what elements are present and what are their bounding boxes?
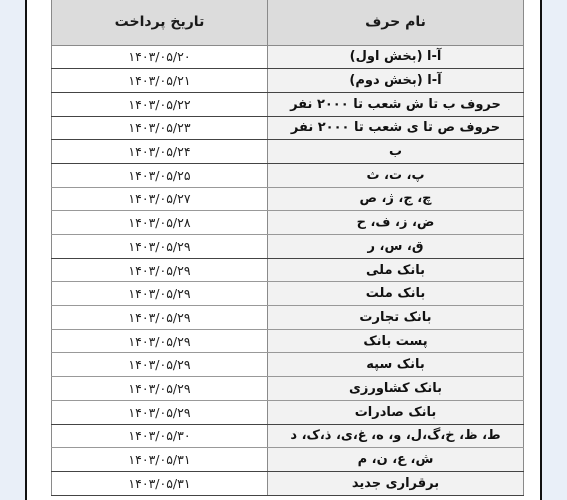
table-row: ب ۱۴۰۳/۰۵/۲۴ — [52, 140, 524, 164]
table-row: چ، ج، ژ، ص ۱۴۰۳/۰۵/۲۷ — [52, 187, 524, 211]
table-row: ط، ظ، خ،گ،ل، و، ه، غ،ی، ذ،ک، د ۱۴۰۳/۰۵/۳… — [52, 424, 524, 448]
row-letter-name: بانک سپه — [268, 353, 524, 377]
table-row: پ، ت، ث ۱۴۰۳/۰۵/۲۵ — [52, 163, 524, 187]
table-row: بانک ملی ۱۴۰۳/۰۵/۲۹ — [52, 258, 524, 282]
row-payment-date: ۱۴۰۳/۰۵/۳۱ — [52, 448, 268, 472]
table-row: برقراری جدید ۱۴۰۳/۰۵/۳۱ — [52, 471, 524, 495]
table-row: آ-ا (بخش دوم) ۱۴۰۳/۰۵/۲۱ — [52, 69, 524, 93]
row-letter-name: حروف ص تا ی شعب تا ۲۰۰۰ نفر — [268, 116, 524, 140]
table-row: بانک تجارت ۱۴۰۳/۰۵/۲۹ — [52, 306, 524, 330]
row-payment-date: ۱۴۰۳/۰۵/۳۰ — [52, 424, 268, 448]
row-payment-date: ۱۴۰۳/۰۵/۲۲ — [52, 92, 268, 116]
row-letter-name: ش، ع، ن، م — [268, 448, 524, 472]
row-payment-date: ۱۴۰۳/۰۵/۲۹ — [52, 377, 268, 401]
row-payment-date: ۱۴۰۳/۰۵/۲۷ — [52, 187, 268, 211]
table-row: حروف ب تا ش شعب تا ۲۰۰۰ نفر ۱۴۰۳/۰۵/۲۲ — [52, 92, 524, 116]
table-row: ش، ع، ن، م ۱۴۰۳/۰۵/۳۱ — [52, 448, 524, 472]
table-row: بانک صادرات ۱۴۰۳/۰۵/۲۹ — [52, 400, 524, 424]
table-row: بانک کشاورزی ۱۴۰۳/۰۵/۲۹ — [52, 377, 524, 401]
table-row: بانک ملت ۱۴۰۳/۰۵/۲۹ — [52, 282, 524, 306]
header-payment-date: تاریخ پرداخت — [52, 0, 268, 45]
row-letter-name: پست بانک — [268, 329, 524, 353]
row-payment-date: ۱۴۰۳/۰۵/۲۵ — [52, 163, 268, 187]
row-letter-name: بانک ملی — [268, 258, 524, 282]
row-letter-name: پ، ت، ث — [268, 163, 524, 187]
table-row: ق، س، ر ۱۴۰۳/۰۵/۲۹ — [52, 235, 524, 259]
row-payment-date: ۱۴۰۳/۰۵/۲۹ — [52, 306, 268, 330]
row-letter-name: برقراری جدید — [268, 471, 524, 495]
table-header-row: نام حرف تاریخ پرداخت — [52, 0, 524, 45]
document-page: نام حرف تاریخ پرداخت آ-ا (بخش اول) ۱۴۰۳/… — [25, 0, 542, 500]
row-letter-name: آ-ا (بخش دوم) — [268, 69, 524, 93]
table-row: آ-ا (بخش اول) ۱۴۰۳/۰۵/۲۰ — [52, 45, 524, 69]
row-payment-date: ۱۴۰۳/۰۵/۲۹ — [52, 282, 268, 306]
row-payment-date: ۱۴۰۳/۰۵/۲۹ — [52, 400, 268, 424]
row-payment-date: ۱۴۰۳/۰۵/۲۸ — [52, 211, 268, 235]
row-payment-date: ۱۴۰۳/۰۵/۲۰ — [52, 45, 268, 69]
table-row: ض، ز، ف، ح ۱۴۰۳/۰۵/۲۸ — [52, 211, 524, 235]
header-letter-name: نام حرف — [268, 0, 524, 45]
row-payment-date: ۱۴۰۳/۰۵/۲۱ — [52, 69, 268, 93]
row-letter-name: ط، ظ، خ،گ،ل، و، ه، غ،ی، ذ،ک، د — [268, 424, 524, 448]
table-row: پست بانک ۱۴۰۳/۰۵/۲۹ — [52, 329, 524, 353]
row-letter-name: ب — [268, 140, 524, 164]
row-payment-date: ۱۴۰۳/۰۵/۲۹ — [52, 329, 268, 353]
row-payment-date: ۱۴۰۳/۰۵/۲۹ — [52, 353, 268, 377]
row-payment-date: ۱۴۰۳/۰۵/۲۳ — [52, 116, 268, 140]
table-row: حروف ص تا ی شعب تا ۲۰۰۰ نفر ۱۴۰۳/۰۵/۲۳ — [52, 116, 524, 140]
row-payment-date: ۱۴۰۳/۰۵/۳۱ — [52, 471, 268, 495]
row-payment-date: ۱۴۰۳/۰۵/۲۴ — [52, 140, 268, 164]
table-row: بانک سپه ۱۴۰۳/۰۵/۲۹ — [52, 353, 524, 377]
row-letter-name: ق، س، ر — [268, 235, 524, 259]
row-letter-name: حروف ب تا ش شعب تا ۲۰۰۰ نفر — [268, 92, 524, 116]
row-letter-name: بانک کشاورزی — [268, 377, 524, 401]
payment-schedule-table: نام حرف تاریخ پرداخت آ-ا (بخش اول) ۱۴۰۳/… — [51, 0, 524, 496]
row-letter-name: آ-ا (بخش اول) — [268, 45, 524, 69]
row-letter-name: ض، ز، ف، ح — [268, 211, 524, 235]
row-letter-name: بانک صادرات — [268, 400, 524, 424]
row-letter-name: بانک تجارت — [268, 306, 524, 330]
row-letter-name: چ، ج، ژ، ص — [268, 187, 524, 211]
row-letter-name: بانک ملت — [268, 282, 524, 306]
row-payment-date: ۱۴۰۳/۰۵/۲۹ — [52, 258, 268, 282]
row-payment-date: ۱۴۰۳/۰۵/۲۹ — [52, 235, 268, 259]
